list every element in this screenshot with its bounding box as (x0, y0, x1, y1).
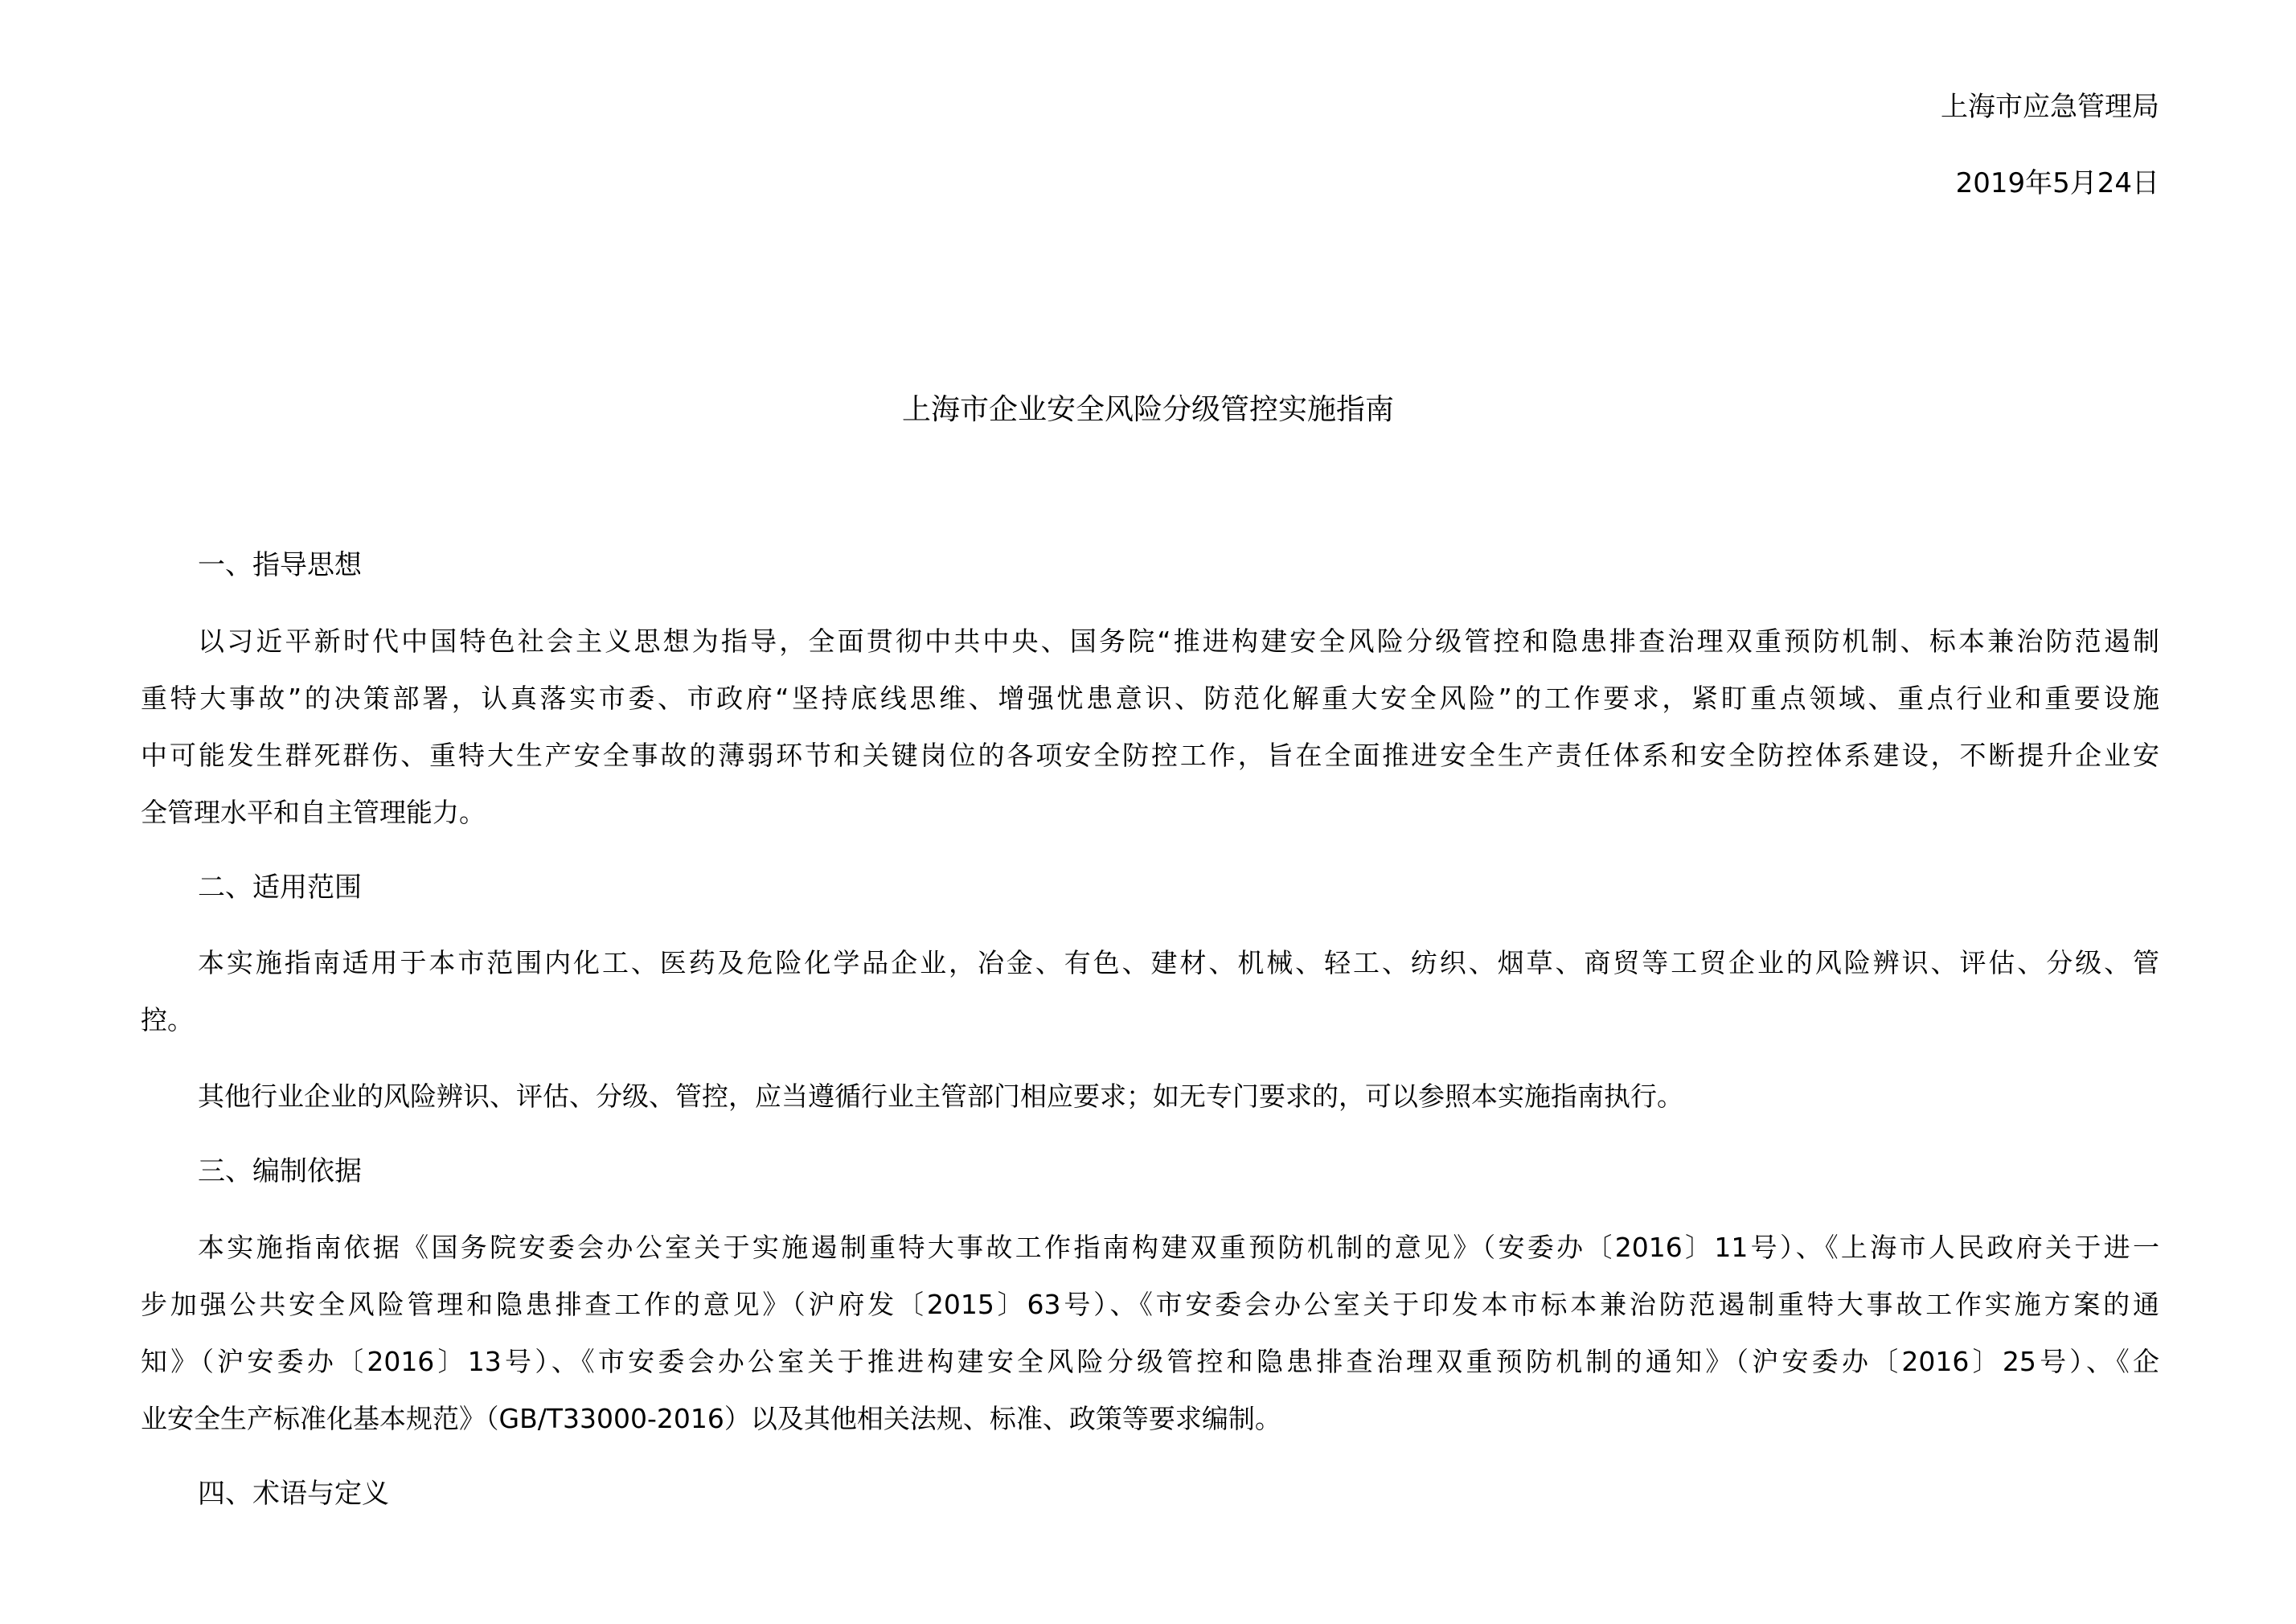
paragraph-line: 其他行业企业的风险辨识、评估、分级、管控，应当遵循行业主管部门相应要求；如无专门… (198, 1081, 1683, 1113)
paragraph-line: 业安全生产标准化基本规范》（GB/T33000-2016）以及其他相关法规、标准… (141, 1403, 1281, 1435)
document-title: 上海市企业安全风险分级管控实施指南 (0, 392, 2296, 428)
paragraph-line: 本实施指南适用于本市范围内化工、医药及危险化学品企业，冶金、有色、建材、机械、轻… (198, 947, 2159, 979)
section-heading-terms-definitions: 四、术语与定义 (198, 1478, 389, 1510)
section-heading-scope: 二、适用范围 (198, 871, 362, 904)
document-page: 上海市应急管理局 2019年5月24日 上海市企业安全风险分级管控实施指南 一、… (0, 0, 2296, 1624)
paragraph-line: 本实施指南依据《国务院安委会办公室关于实施遏制重特大事故工作指南构建双重预防机制… (198, 1232, 2159, 1264)
paragraph-line: 步加强公共安全风险管理和隐患排查工作的意见》（沪府发〔2015〕63号）、《市安… (141, 1289, 2159, 1321)
section-heading-basis: 三、编制依据 (198, 1155, 362, 1187)
section-heading-guiding-ideology: 一、指导思想 (198, 549, 362, 581)
paragraph-line: 全管理水平和自主管理能力。 (141, 797, 486, 829)
paragraph-line: 中可能发生群死群伤、重特大生产安全事故的薄弱环节和关键岗位的各项安全防控工作，旨… (141, 740, 2159, 772)
issue-date: 2019年5月24日 (1956, 167, 2159, 199)
paragraph-line: 控。 (141, 1004, 194, 1036)
paragraph-line: 以习近平新时代中国特色社会主义思想为指导，全面贯彻中共中央、国务院“推进构建安全… (198, 625, 2159, 658)
paragraph-line: 重特大事故”的决策部署，认真落实市委、市政府“坚持底线思维、增强忧患意识、防范化… (141, 683, 2159, 715)
issuer-name: 上海市应急管理局 (1941, 91, 2159, 123)
paragraph-line: 知》（沪安委办〔2016〕13号）、《市安委会办公室关于推进构建安全风险分级管控… (141, 1346, 2159, 1378)
